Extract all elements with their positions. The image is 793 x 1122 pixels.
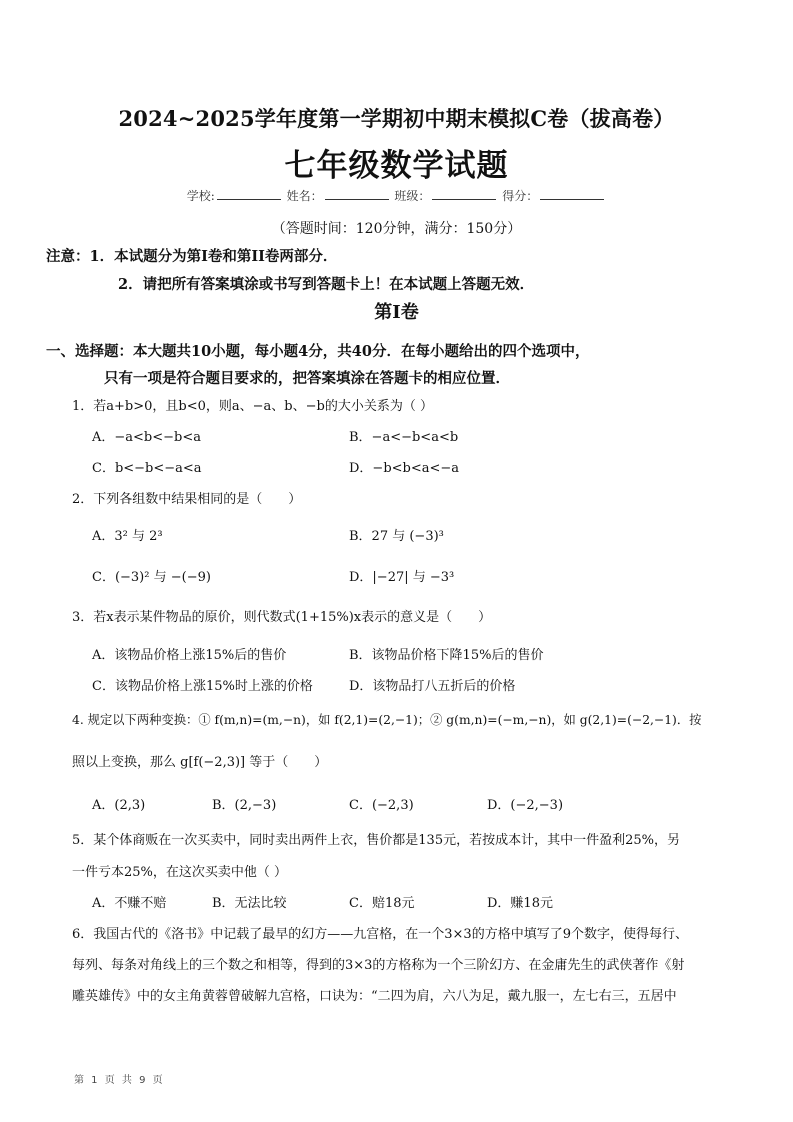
- question-3-option-c[interactable]: C．该物品价格上涨15%时上涨的价格: [92, 675, 313, 694]
- question-4-option-a[interactable]: A．(2,3): [92, 794, 145, 813]
- question-5-option-a[interactable]: A．不赚不赔: [92, 892, 166, 911]
- student-info-fields: 学校: 姓名： 班级： 得分：: [0, 187, 793, 204]
- section-heading-line2: 只有一项是符合题目要求的，把答案填涂在答题卡的相应位置．: [104, 367, 510, 388]
- exam-subtitle: 七年级数学试题: [0, 140, 793, 185]
- field-school-label: 学校:: [187, 189, 215, 203]
- exam-title: 2024~2025学年度第一学期初中期末模拟C卷（拔高卷）: [0, 103, 793, 133]
- volume-title: 第I卷: [0, 298, 793, 324]
- question-4-stem-line1: 4. 规定以下两种变换：① f(m,n)=(m,−n)，如 f(2,1)=(2,…: [72, 710, 701, 728]
- question-4-option-d[interactable]: D．(−2,−3): [487, 794, 563, 813]
- field-school-blank[interactable]: [217, 187, 281, 200]
- note-line-1: 注意：1．本试题分为第I卷和第II卷两部分．: [46, 245, 337, 266]
- question-6-stem-line1: 6．我国古代的《洛书》中记载了最早的幻方——九宫格，在一个3×3的方格中填写了9…: [72, 923, 688, 942]
- field-score-label: 得分：: [502, 189, 538, 203]
- question-1-option-c[interactable]: C．b<−b<−a<a: [92, 457, 202, 476]
- question-6-stem-line2: 每列、每条对角线上的三个数之和相等，得到的3×3的方格称为一个三阶幻方、在金庸先…: [72, 954, 684, 973]
- question-3-option-d[interactable]: D．该物品打八五折后的价格: [349, 675, 515, 694]
- field-class-blank[interactable]: [432, 187, 496, 200]
- question-1-option-d[interactable]: D．−b<b<a<−a: [349, 457, 459, 476]
- question-5-option-d[interactable]: D．赚18元: [487, 892, 553, 911]
- field-name-blank[interactable]: [325, 187, 389, 200]
- question-2-stem: 2．下列各组数中结果相同的是（ ）: [72, 488, 301, 507]
- field-name-label: 姓名：: [287, 189, 323, 203]
- question-6-stem-line3: 雕英雄传》中的女主角黄蓉曾破解九宫格，口诀为：“二四为肩，六八为足，戴九服一，左…: [72, 985, 677, 1004]
- question-4-stem-line2: 照以上变换，那么 g[f(−2,3)] 等于（ ）: [72, 751, 327, 770]
- question-1-option-b[interactable]: B．−a<−b<a<b: [349, 426, 458, 445]
- section-heading-line1: 一、选择题：本大题共10小题，每小题4分，共40分．在每小题给出的四个选项中，: [46, 340, 589, 361]
- question-3-stem: 3．若x表示某件物品的原价，则代数式(1+15%)x表示的意义是（ ）: [72, 606, 491, 625]
- question-5-option-c[interactable]: C．赔18元: [349, 892, 415, 911]
- question-4-option-c[interactable]: C．(−2,3): [349, 794, 414, 813]
- question-1-option-a[interactable]: A．−a<b<−b<a: [92, 426, 201, 445]
- note-item-2: 2．请把所有答案填涂或书写到答题卡上！在本试题上答题无效．: [118, 273, 534, 294]
- question-3-option-a[interactable]: A．该物品价格上涨15%后的售价: [92, 644, 286, 663]
- question-2-option-b[interactable]: B．27 与 (−3)³: [349, 525, 444, 544]
- question-3-option-b[interactable]: B．该物品价格下降15%后的售价: [349, 644, 543, 663]
- page-footer: 第 1 页 共 9 页: [74, 1071, 165, 1086]
- time-info: （答题时间：120分钟，满分：150分）: [0, 218, 793, 238]
- field-score-blank[interactable]: [540, 187, 604, 200]
- question-2-option-a[interactable]: A．3² 与 2³: [92, 525, 163, 544]
- question-5-stem-line2: 一件亏本25%，在这次买卖中他（ ）: [72, 861, 287, 880]
- question-2-option-c[interactable]: C．(−3)² 与 −(−9): [92, 566, 211, 585]
- question-5-stem-line1: 5．某个体商贩在一次买卖中，同时卖出两件上衣，售价都是135元，若按成本计，其中…: [72, 829, 680, 848]
- question-1-stem: 1．若a+b>0，且b<0，则a、−a、b、−b的大小关系为（ ）: [72, 395, 433, 414]
- question-5-option-b[interactable]: B．无法比较: [212, 892, 287, 911]
- question-4-option-b[interactable]: B．(2,−3): [212, 794, 276, 813]
- note-item-1: 1．本试题分为第I卷和第II卷两部分．: [90, 248, 338, 265]
- note-prefix: 注意：: [46, 248, 90, 265]
- question-2-option-d[interactable]: D．|−27| 与 −3³: [349, 566, 454, 585]
- field-class-label: 班级：: [394, 189, 430, 203]
